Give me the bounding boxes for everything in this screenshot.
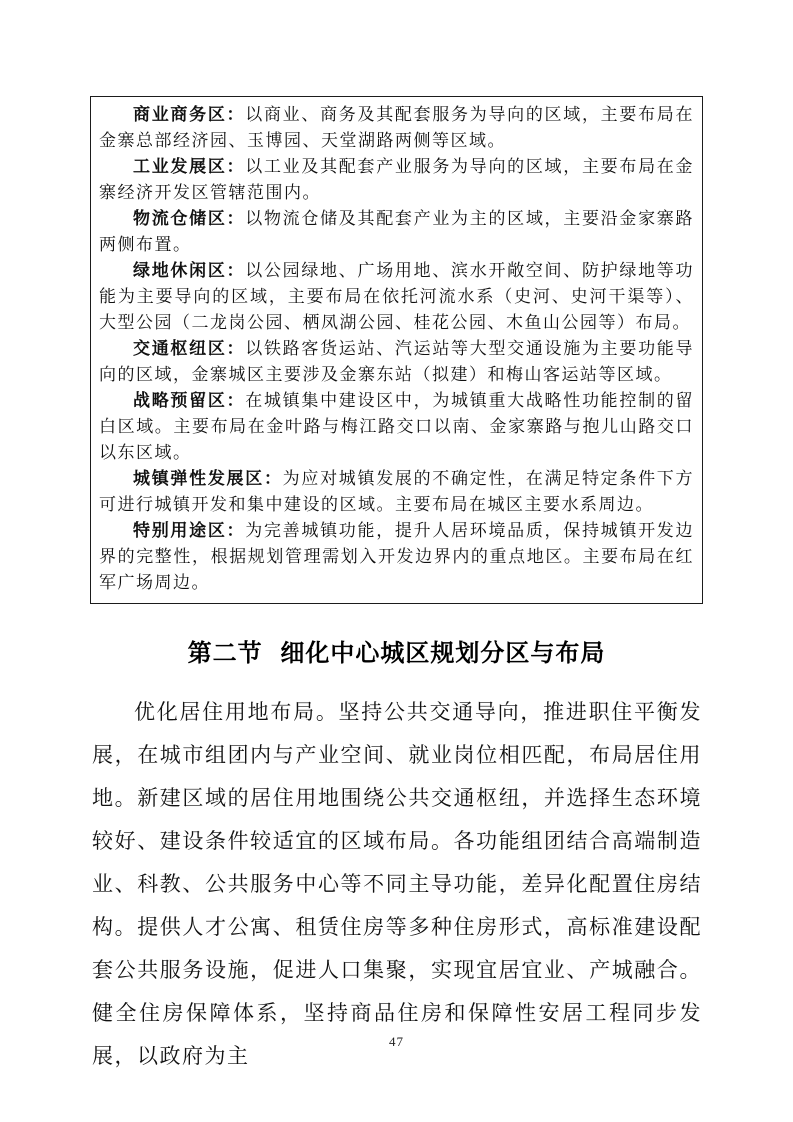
section-heading: 第二节 细化中心城区规划分区与布局: [0, 633, 793, 668]
zone-label: 城镇弹性发展区：: [133, 469, 283, 488]
zone-row-industrial: 工业发展区：以工业及其配套产业服务为导向的区域，主要布局在金寨经济开发区管辖范围…: [99, 154, 694, 206]
zone-label: 特别用途区：: [133, 521, 245, 540]
zone-row-logistics: 物流仓储区：以物流仓储及其配套产业为主的区域，主要沿金家寨路两侧布置。: [99, 206, 694, 258]
zone-label: 绿地休闲区：: [133, 261, 245, 280]
page-number: 47: [0, 1034, 793, 1050]
document-page: 商业商务区：以商业、商务及其配套服务为导向的区域，主要布局在金寨总部经济园、玉博…: [0, 0, 793, 1122]
zone-label: 交通枢纽区：: [133, 339, 245, 358]
zone-row-greenspace: 绿地休闲区：以公园绿地、广场用地、滨水开敞空间、防护绿地等功能为主要导向的区域，…: [99, 258, 694, 336]
zone-row-commercial: 商业商务区：以商业、商务及其配套服务为导向的区域，主要布局在金寨总部经济园、玉博…: [99, 102, 694, 154]
zone-label: 战略预留区：: [133, 391, 245, 410]
zone-row-strategic-reserve: 战略预留区：在城镇集中建设区中，为城镇重大战略性功能控制的留白区域。主要布局在金…: [99, 388, 694, 466]
zone-label: 物流仓储区：: [133, 209, 245, 228]
zone-label: 工业发展区：: [133, 157, 245, 176]
body-paragraph: 优化居住用地布局。坚持公共交通导向，推进职住平衡发展，在城市组团内与产业空间、就…: [92, 691, 702, 1078]
zone-label: 商业商务区：: [133, 105, 245, 124]
zone-row-special-use: 特别用途区：为完善城镇功能，提升人居环境品质，保持城镇开发边界的完整性，根据规划…: [99, 518, 694, 596]
zone-row-transport-hub: 交通枢纽区：以铁路客货运站、汽运站等大型交通设施为主要功能导向的区域，金寨城区主…: [99, 336, 694, 388]
zone-row-flexible-development: 城镇弹性发展区：为应对城镇发展的不确定性，在满足特定条件下方可进行城镇开发和集中…: [99, 466, 694, 518]
planning-zone-table: 商业商务区：以商业、商务及其配套服务为导向的区域，主要布局在金寨总部经济园、玉博…: [90, 96, 703, 604]
